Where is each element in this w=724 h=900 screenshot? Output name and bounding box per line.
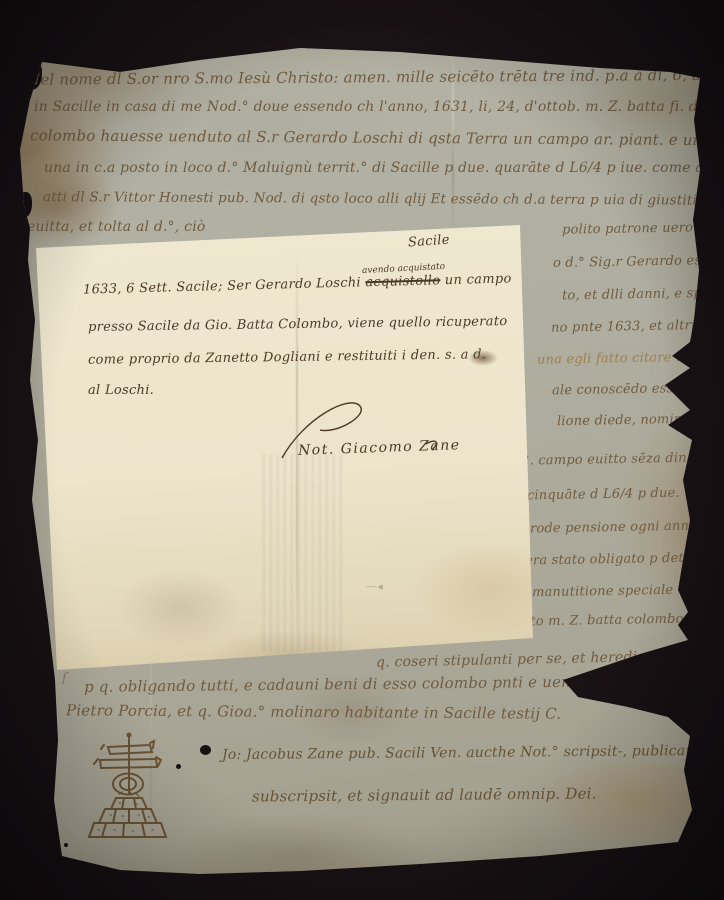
manuscript-line: una in c.a posto in loco d.° Maluignù te…	[44, 160, 724, 176]
fragment-line: cinquāte d L6/4 p due.	[527, 486, 680, 504]
manuscript-line: p q. obligando tutti, e cadauni beni di …	[84, 672, 635, 696]
subscription-line: subscripsit, et signauit ad laudē omnip.…	[252, 784, 597, 805]
fragment-line: no pnte 1633, et altri due.ti	[551, 317, 724, 335]
note-line: come proprio da Zanetto Dogliani e resti…	[88, 347, 486, 368]
verso-show-through	[263, 454, 347, 652]
fragment-line: una egli fatto citare il m.to	[537, 349, 720, 367]
date-heading: 1633, 6, 7mb.°	[268, 33, 383, 51]
photo-background: 1633, 6, 7mb.° Nel nome dl S.or nro S.mo…	[0, 0, 724, 900]
note-line: presso Sacile da Gio. Batta Colombo, vie…	[88, 314, 508, 335]
note-struck-word: acquistollo	[365, 273, 440, 290]
margin-mark: ſ	[62, 671, 67, 686]
overlay-note: Sacile avendo acquistato 1633, 6 Sett. S…	[30, 218, 542, 678]
ink-smudge	[468, 350, 498, 366]
stray-mark: —◂	[366, 580, 383, 593]
fragment-line: °. campo euitto sēza dinari,	[523, 450, 710, 468]
fragment-line: polito patrone uero di detta	[562, 219, 724, 237]
note-line1-prefix: 1633, 6 Sett. Sacile; Ser Gerardo Loschi	[83, 275, 366, 297]
manuscript-line: in Sacille in casa di me Nod.° doue esse…	[34, 99, 724, 115]
notary-mark-icon	[86, 730, 172, 842]
manuscript-line: Pietro Porcia, et q. Gioa.° molinaro hab…	[66, 701, 561, 722]
manuscript-line: Nel nome dl S.or nro S.mo Iesù Christo: …	[27, 65, 724, 88]
manuscript-line: colombo hauesse uenduto al S.r Gerardo L…	[30, 126, 724, 149]
note-corner-label: Sacile	[408, 233, 451, 251]
torn-hole	[16, 192, 32, 218]
fragment-line: to, et dlli danni, e spese	[562, 286, 724, 304]
fragment-line: ale conoscēdo esser le	[552, 381, 705, 399]
fragment-line: tto m. Z. batta colombo	[525, 612, 684, 630]
manuscript-line: q. coseri stipulanti per se, et heredi	[376, 649, 638, 670]
ink-blot	[176, 764, 181, 769]
subscription-line: Jo: Jacobus Zane pub. Sacili Ven. aucthe…	[222, 743, 705, 763]
note-line: al Loschi.	[88, 383, 154, 398]
manuscript-line: atti dl S.r Vittor Honesti pub. Nod. di …	[43, 189, 724, 209]
ink-blot	[200, 745, 211, 755]
fragment-line: o d.° Sig.r Gerardo esser solle=	[553, 252, 724, 271]
fragment-line: era stato obligato p detto	[525, 550, 698, 568]
fragment-line: manutitione speciale	[532, 583, 674, 600]
manuscript-line: euitta, et tolta al d.°, ciò	[27, 219, 206, 235]
fragment-line: lione diede, nomine	[557, 412, 691, 429]
fragment-line: rode pensione ogni anno	[530, 519, 697, 537]
note-line1-suffix: un campo	[440, 271, 512, 288]
ink-blot	[64, 843, 68, 847]
